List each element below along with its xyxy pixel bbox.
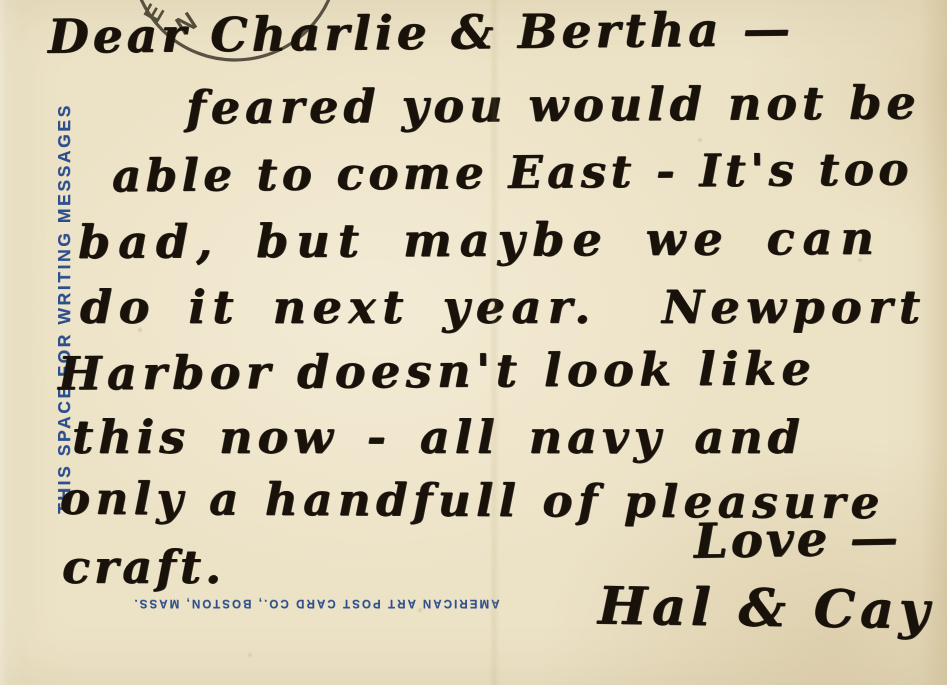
message-salutation: Dear Charlie & Bertha — xyxy=(48,2,794,65)
postcard-message-side: E N THIS SPACE FOR WRITING MESSAGES AMER… xyxy=(0,0,947,685)
message-line: bad, but maybe we can xyxy=(78,211,882,269)
message-line: craft. xyxy=(62,540,225,594)
message-line: this now - all navy and xyxy=(72,410,805,464)
message-line: do it next year. Newport xyxy=(80,280,927,334)
publisher-imprint: AMERICAN ART POST CARD CO., BOSTON, MASS… xyxy=(108,597,524,609)
message-line: able to come East - It's too xyxy=(112,143,913,203)
message-signature: Hal & Cay xyxy=(598,576,935,642)
message-line: Harbor doesn't look like xyxy=(58,341,817,400)
message-line: feared you would not be xyxy=(186,75,921,134)
message-closing: Love — xyxy=(694,510,902,570)
